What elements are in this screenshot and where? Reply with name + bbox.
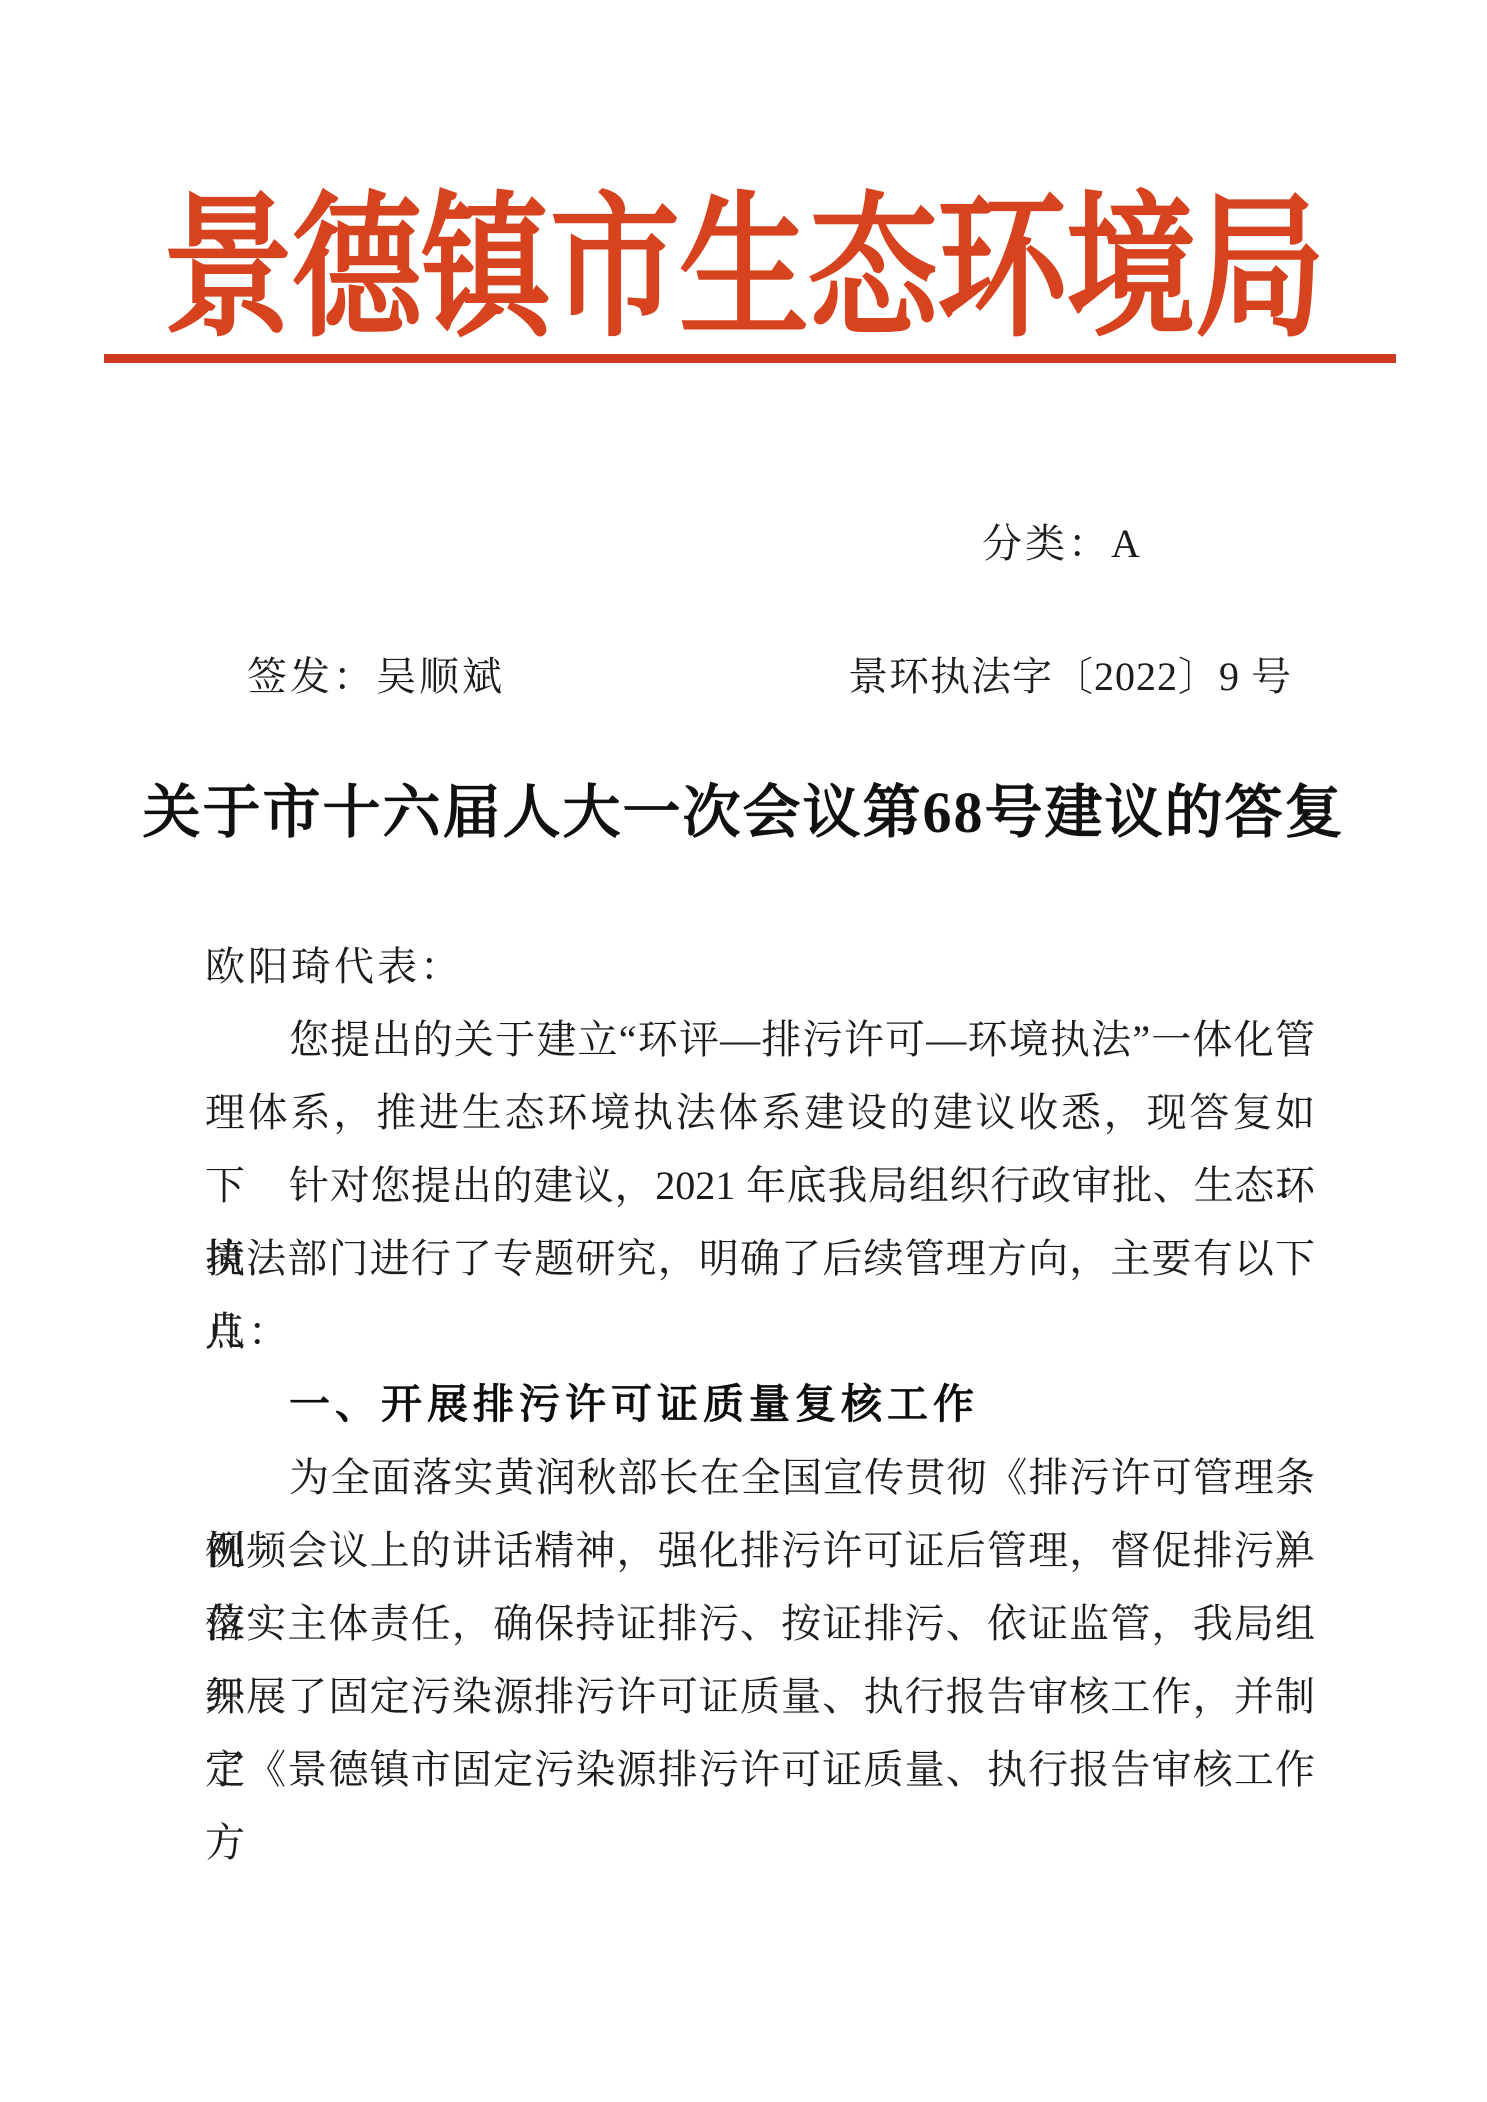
- body-line: 针对您提出的建议，2021 年底我局组织行政审批、生态环境: [205, 1149, 1315, 1222]
- agency-letterhead: 景德镇市生态环境局: [0, 192, 1487, 348]
- salutation-line: 欧阳琦代表：: [205, 930, 1315, 1003]
- body-line: 您提出的关于建立“环评—排污许可—环境执法”一体化管: [205, 1003, 1315, 1076]
- body-line: 了《景德镇市固定污染源排污许可证质量、执行报告审核工作方: [205, 1733, 1315, 1806]
- classification-line: 分类：A: [982, 512, 1143, 569]
- document-number: 景环执法字〔2022〕9 号: [848, 645, 1292, 702]
- issuer-label: 签发：: [247, 654, 376, 699]
- body-line: 视频会议上的讲话精神，强化排污许可证后管理，督促排污单位: [205, 1514, 1315, 1587]
- section-heading: 一、开展排污许可证质量复核工作: [205, 1368, 1315, 1441]
- document-body: 欧阳琦代表： 您提出的关于建立“环评—排污许可—环境执法”一体化管 理体系，推进…: [205, 930, 1315, 1806]
- letterhead-divider: [104, 354, 1396, 363]
- document-page: 景德镇市生态环境局 分类：A 签发：吴顺斌 景环执法字〔2022〕9 号 关于市…: [0, 0, 1487, 2102]
- body-line: 执法部门进行了专题研究，明确了后续管理方向，主要有以下几: [205, 1222, 1315, 1295]
- classification-label: 分类：: [982, 521, 1111, 566]
- body-line: 开展了固定污染源排污许可证质量、执行报告审核工作，并制定: [205, 1660, 1315, 1733]
- body-line: 理体系，推进生态环境执法体系建设的建议收悉，现答复如下：: [205, 1076, 1315, 1149]
- document-title: 关于市十六届人大一次会议第68号建议的答复: [0, 780, 1487, 847]
- classification-value: A: [1111, 521, 1143, 566]
- issuer-name: 吴顺斌: [376, 654, 505, 699]
- body-line: 落实主体责任，确保持证排污、按证排污、依证监管，我局组织: [205, 1587, 1315, 1660]
- body-line: 点：: [205, 1295, 1315, 1368]
- issuer-line: 签发：吴顺斌: [247, 645, 505, 702]
- body-line: 为全面落实黄润秋部长在全国宣传贯彻《排污许可管理条例》: [205, 1441, 1315, 1514]
